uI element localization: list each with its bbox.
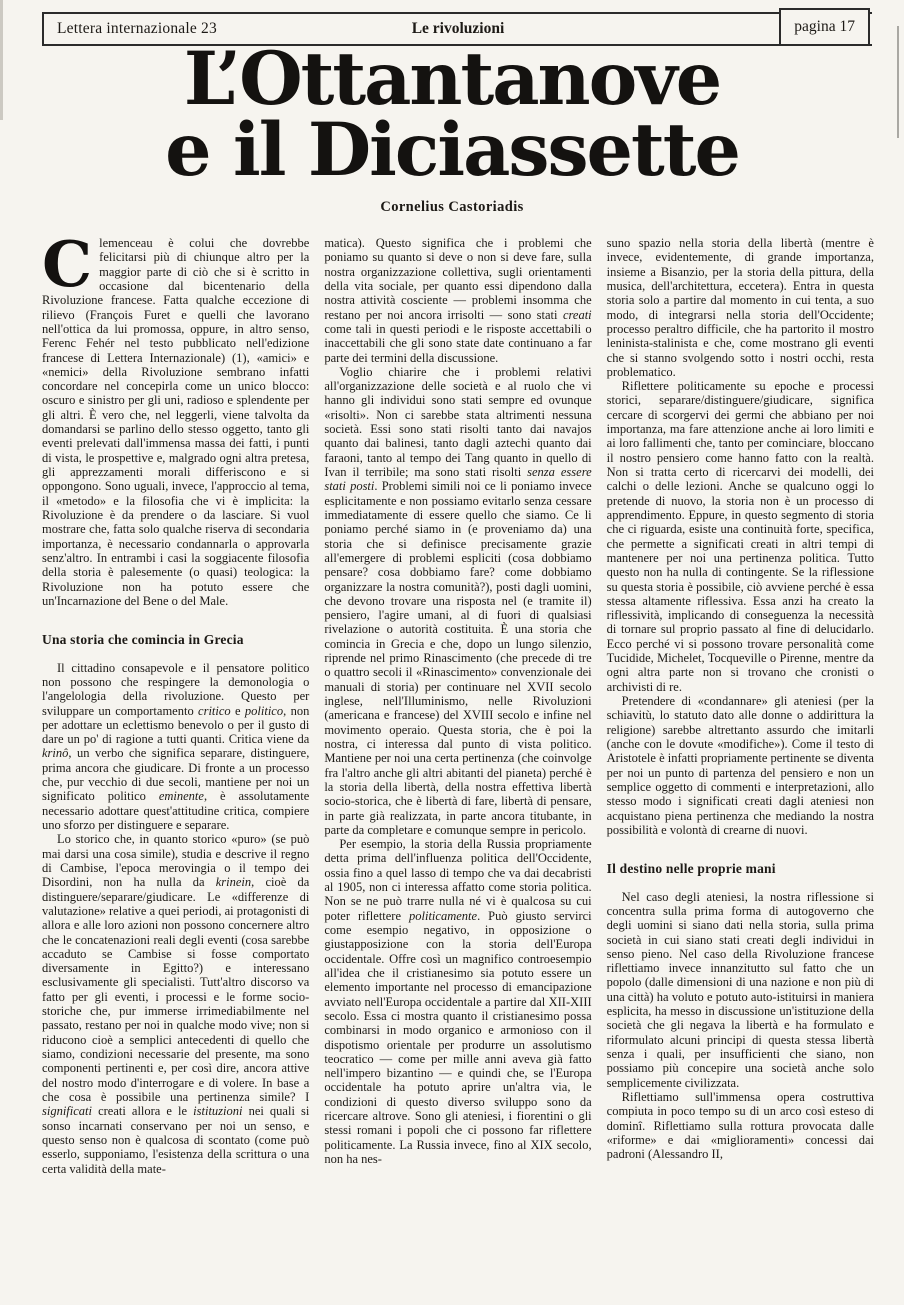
article-column-2: matica). Questo significa che i problemi… xyxy=(324,236,591,1305)
article-paragraph: Il cittadino consapevole e il pensatore … xyxy=(42,661,309,833)
article-paragraph: Voglio chiarire che i problemi relativi … xyxy=(324,365,591,837)
article-paragraph: Clemenceau è colui che dovrebbe felicita… xyxy=(42,236,309,608)
article-paragraph: Nel caso degli ateniesi, la nostra rifle… xyxy=(607,890,874,1090)
article-column-3: suno spazio nella storia della libertà (… xyxy=(607,236,874,1305)
article-title: L’Ottantanove e il Diciassette xyxy=(0,44,904,186)
article-paragraph: suno spazio nella storia della libertà (… xyxy=(607,236,874,379)
section-heading: Il destino nelle proprie mani xyxy=(607,861,874,876)
article-title-line-2: e il Diciassette xyxy=(0,115,904,186)
page-number: pagina 17 xyxy=(779,8,870,46)
article-paragraph: Pretendere di «condannare» gli ateniesi … xyxy=(607,694,874,837)
author-byline: Cornelius Castoriadis xyxy=(0,199,904,216)
article-paragraph: Riflettiamo sull'immensa opera costrutti… xyxy=(607,1090,874,1162)
article-column-1: Clemenceau è colui che dovrebbe felicita… xyxy=(42,236,309,1305)
section-heading: Una storia che comincia in Grecia xyxy=(42,632,309,647)
article-paragraph: matica). Questo significa che i problemi… xyxy=(324,236,591,365)
drop-cap: C xyxy=(42,236,99,289)
article-paragraph: Per esempio, la storia della Russia prop… xyxy=(324,837,591,1166)
article-paragraph: Lo storico che, in quanto storico «puro»… xyxy=(42,832,309,1176)
article-columns: Clemenceau è colui che dovrebbe felicita… xyxy=(42,236,874,1305)
article-title-line-1: L’Ottantanove xyxy=(0,44,904,115)
article-paragraph: Riflettere politicamente su epoche e pro… xyxy=(607,379,874,694)
